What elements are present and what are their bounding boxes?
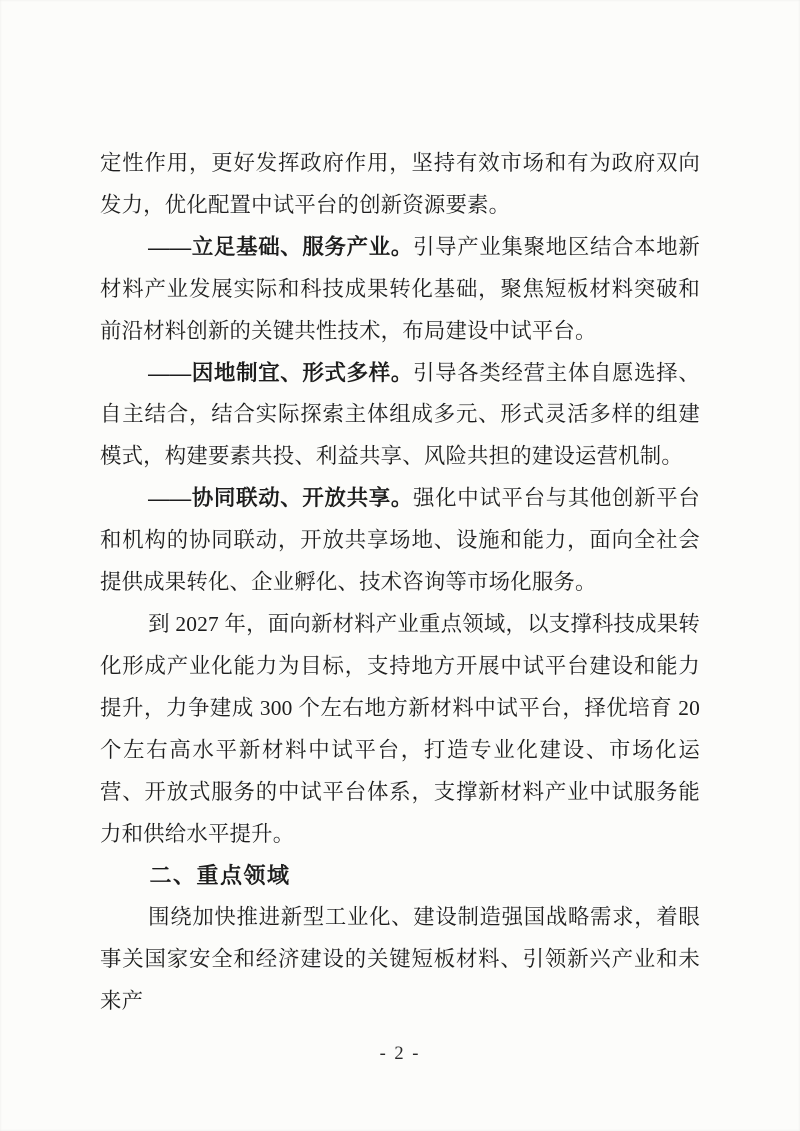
emphasis-text: ——立足基础、服务产业。 <box>148 235 413 259</box>
paragraph: 围绕加快推进新型工业化、建设制造强国战略需求，着眼事关国家安全和经济建设的关键短… <box>100 897 700 1023</box>
paragraph: 定性作用，更好发挥政府作用，坚持有效市场和有为政府双向发力，优化配置中试平台的创… <box>100 143 700 227</box>
document-body: 定性作用，更好发挥政府作用，坚持有效市场和有为政府双向发力，优化配置中试平台的创… <box>100 143 700 1023</box>
section-heading: 二、重点领域 <box>100 855 700 897</box>
emphasis-text: ——因地制宜、形式多样。 <box>148 361 413 385</box>
emphasis-text: 二、重点领域 <box>150 863 291 888</box>
paragraph: ——立足基础、服务产业。引导产业集聚地区结合本地新材料产业发展实际和科技成果转化… <box>100 227 700 353</box>
body-text: 定性作用，更好发挥政府作用，坚持有效市场和有为政府双向发力，优化配置中试平台的创… <box>100 151 700 217</box>
emphasis-text: ——协同联动、开放共享。 <box>148 486 413 510</box>
paragraph: 到 2027 年，面向新材料产业重点领域，以支撑科技成果转化形成产业化能力为目标… <box>100 604 700 855</box>
body-text: 到 2027 年，面向新材料产业重点领域，以支撑科技成果转化形成产业化能力为目标… <box>100 612 700 846</box>
paragraph: ——因地制宜、形式多样。引导各类经营主体自愿选择、自主结合，结合实际探索主体组成… <box>100 353 700 479</box>
body-text: 围绕加快推进新型工业化、建设制造强国战略需求，着眼事关国家安全和经济建设的关键短… <box>100 905 700 1013</box>
document-page: 定性作用，更好发挥政府作用，坚持有效市场和有为政府双向发力，优化配置中试平台的创… <box>0 0 800 1131</box>
paragraph: ——协同联动、开放共享。强化中试平台与其他创新平台和机构的协同联动，开放共享场地… <box>100 478 700 604</box>
page-number: - 2 - <box>0 1043 800 1065</box>
